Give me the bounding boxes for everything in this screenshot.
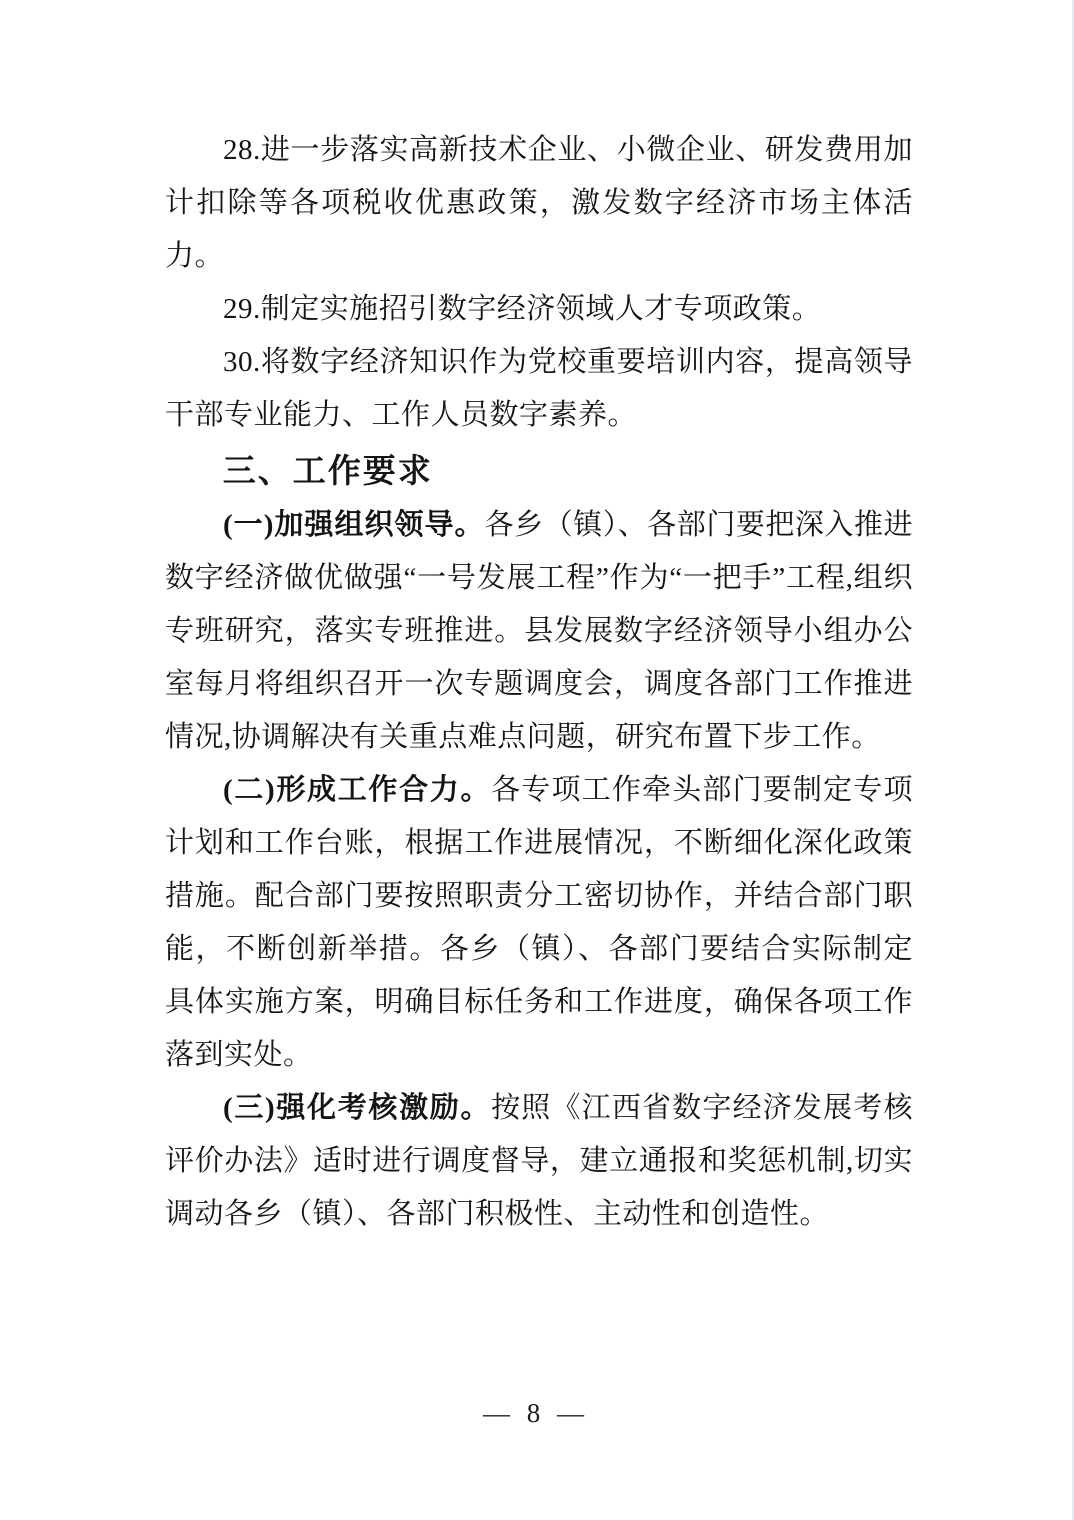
document-page: 28.进一步落实高新技术企业、小微企业、研发费用加计扣除等各项税收优惠政策，激发…: [0, 0, 1074, 1520]
paragraph-lead: (一)加强组织领导。: [223, 509, 485, 541]
paragraph: (二)形成工作合力。各专项工作牵头部门要制定专项计划和工作台账，根据工作进展情况…: [165, 764, 913, 1082]
section-heading: 三、工作要求: [165, 442, 913, 499]
paragraph-lead: (二)形成工作合力。: [223, 774, 491, 806]
paragraph: 30.将数字经济知识作为党校重要培训内容，提高领导干部专业能力、工作人员数字素养…: [165, 336, 913, 442]
paragraph-lead: (三)强化考核激励。: [223, 1092, 491, 1124]
page-number: — 8 —: [0, 1398, 1072, 1429]
paragraph: 29.制定实施招引数字经济领域人才专项政策。: [165, 283, 913, 336]
text-block: 28.进一步落实高新技术企业、小微企业、研发费用加计扣除等各项税收优惠政策，激发…: [165, 124, 913, 1241]
paragraph: 28.进一步落实高新技术企业、小微企业、研发费用加计扣除等各项税收优惠政策，激发…: [165, 124, 913, 283]
paragraph: (一)加强组织领导。各乡（镇）、各部门要把深入推进数字经济做优做强“一号发展工程…: [165, 499, 913, 764]
paragraph: (三)强化考核激励。按照《江西省数字经济发展考核评价办法》适时进行调度督导，建立…: [165, 1082, 913, 1241]
